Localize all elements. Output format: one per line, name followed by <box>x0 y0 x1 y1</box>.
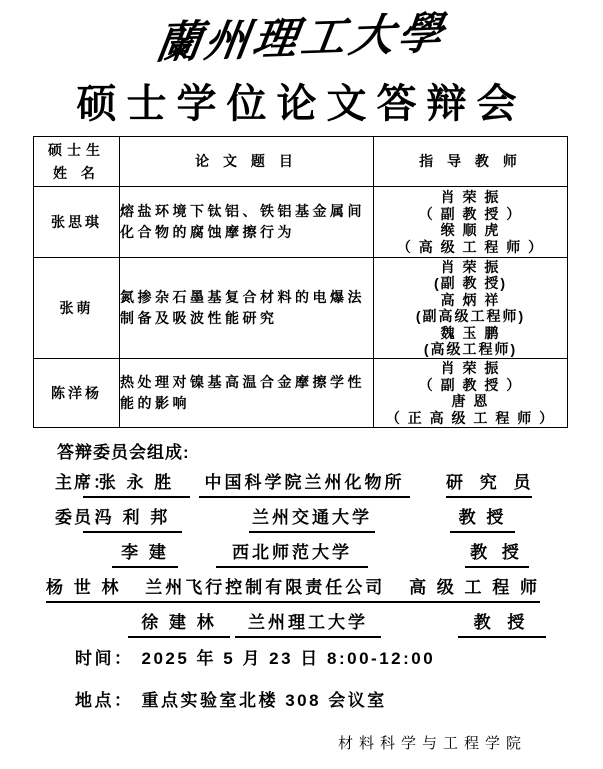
committee-member-name: 徐 建 林 <box>128 608 230 638</box>
committee-member-name: 张 永 胜 <box>83 468 190 498</box>
committee-member-name: 杨 世 林 <box>46 573 121 598</box>
location-value: 重点实验室北楼 308 会议室 <box>142 691 387 710</box>
thesis-title: 氮掺杂石墨基复合材料的电爆法制备及吸波性能研究 <box>120 258 374 359</box>
location-label: 地点： <box>75 691 134 710</box>
committee-member-affiliation: 兰州理工大学 <box>235 608 381 638</box>
committee-member-row: 委员： 冯 利 邦 兰州交通大学 教 授 <box>0 501 603 531</box>
advisor-line: （ 正 高 级 工 程 师 ） <box>374 410 567 427</box>
table-row: 张思琪 熔盐环境下钛铝、铁铝基金属间化合物的腐蚀摩擦行为 肖 荣 振 （ 副 教… <box>34 187 568 258</box>
location-row: 地点：重点实验室北楼 308 会议室 <box>75 686 387 711</box>
advisor-line: (副 教 授) <box>374 275 567 292</box>
time-row: 时间：2025 年 5 月 23 日 8:00-12:00 <box>75 644 435 669</box>
committee-member-title: 教 授 <box>458 608 546 638</box>
student-name: 陈洋杨 <box>34 359 120 428</box>
committee-member-title: 教 授 <box>450 503 515 533</box>
table-header-row: 硕士生 姓 名 论 文 题 目 指 导 教 师 <box>34 137 568 187</box>
committee-member-affiliation: 中国科学院兰州化物所 <box>199 468 410 498</box>
advisor-line: （ 副 教 授 ） <box>374 206 567 223</box>
advisor-line: 魏 玉 鹏 <box>374 325 567 342</box>
header-student-name-line1: 硕士生 <box>34 139 119 162</box>
committee-member-affiliation: 兰州交通大学 <box>249 503 375 533</box>
committee-member-title: 高 级 工 程 师 <box>409 573 540 598</box>
university-logo-wrap: 蘭州理工大學 <box>0 2 603 66</box>
page-title: 硕士学位论文答辩会 <box>0 72 603 129</box>
header-advisor: 指 导 教 师 <box>374 137 568 187</box>
thesis-title: 热处理对镍基高温合金摩擦学性能的影响 <box>120 359 374 428</box>
defense-table: 硕士生 姓 名 论 文 题 目 指 导 教 师 张思琪 熔盐环境下钛铝、铁铝基金… <box>33 136 568 428</box>
advisor-line: (副高级工程师) <box>374 308 567 325</box>
advisor-line: 肖 荣 振 <box>374 259 567 276</box>
header-student-name: 硕士生 姓 名 <box>34 137 120 187</box>
university-logo-calligraphy: 蘭州理工大學 <box>152 0 451 71</box>
defense-announcement-page: 蘭州理工大學 硕士学位论文答辩会 硕士生 姓 名 论 文 题 目 指 导 教 师… <box>0 0 603 769</box>
committee-member-name: 李 建 <box>112 538 178 568</box>
committee-member-affiliation: 西北师范大学 <box>216 538 368 568</box>
advisor-line: 肖 荣 振 <box>374 189 567 206</box>
committee-member-row: 李 建 西北师范大学 教 授 <box>0 536 603 566</box>
table-row: 张萌 氮掺杂石墨基复合材料的电爆法制备及吸波性能研究 肖 荣 振 (副 教 授)… <box>34 258 568 359</box>
committee-heading: 答辩委员会组成: <box>57 438 190 463</box>
department-signature: 材料科学与工程学院 <box>338 732 527 753</box>
header-thesis-title: 论 文 题 目 <box>120 137 374 187</box>
thesis-title: 熔盐环境下钛铝、铁铝基金属间化合物的腐蚀摩擦行为 <box>120 187 374 258</box>
student-name: 张萌 <box>34 258 120 359</box>
advisor-line: （ 副 教 授 ） <box>374 377 567 394</box>
advisor-line: (高级工程师) <box>374 341 567 358</box>
committee-member-full-underline: 杨 世 林 兰州飞行控制有限责任公司 高 级 工 程 师 <box>46 573 540 603</box>
advisor-list: 肖 荣 振 (副 教 授) 高 炳 祥 (副高级工程师) 魏 玉 鹏 (高级工程… <box>374 258 568 359</box>
committee-member-row: 徐 建 林 兰州理工大学 教 授 <box>0 606 603 636</box>
advisor-list: 肖 荣 振 （ 副 教 授 ） 唐 恩 （ 正 高 级 工 程 师 ） <box>374 359 568 428</box>
student-name: 张思琪 <box>34 187 120 258</box>
committee-member-row: 杨 世 林 兰州飞行控制有限责任公司 高 级 工 程 师 <box>0 571 603 601</box>
header-student-name-line2: 姓 名 <box>34 162 119 185</box>
table-row: 陈洋杨 热处理对镍基高温合金摩擦学性能的影响 肖 荣 振 （ 副 教 授 ） 唐… <box>34 359 568 428</box>
committee-member-name: 冯 利 邦 <box>83 503 182 533</box>
advisor-list: 肖 荣 振 （ 副 教 授 ） 缑 顺 虎 （ 高 级 工 程 师 ） <box>374 187 568 258</box>
time-value: 2025 年 5 月 23 日 8:00-12:00 <box>142 649 436 668</box>
advisor-line: （ 高 级 工 程 师 ） <box>374 239 567 256</box>
advisor-line: 高 炳 祥 <box>374 292 567 309</box>
committee-member-title: 教 授 <box>465 538 529 568</box>
committee-member-affiliation: 兰州飞行控制有限责任公司 <box>145 573 385 598</box>
committee-member-title: 研 究 员 <box>446 468 532 498</box>
advisor-line: 唐 恩 <box>374 393 567 410</box>
time-label: 时间： <box>75 649 134 668</box>
advisor-line: 肖 荣 振 <box>374 360 567 377</box>
advisor-line: 缑 顺 虎 <box>374 222 567 239</box>
committee-chair-row: 主席： 张 永 胜 中国科学院兰州化物所 研 究 员 <box>0 466 603 496</box>
